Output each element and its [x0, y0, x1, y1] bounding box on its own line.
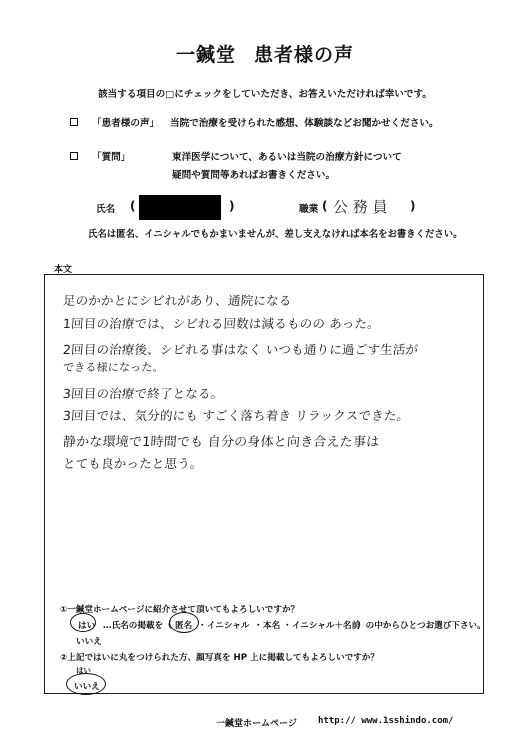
option-question-description-line2: 疑問や質問等あればお書きください。: [172, 167, 335, 181]
question1-option-initials[interactable]: イニシャル: [207, 619, 249, 631]
body-line: とても良かったと思う。: [62, 454, 203, 472]
question1-no[interactable]: いいえ: [76, 635, 102, 647]
checkbox-question[interactable]: [70, 152, 78, 160]
name-field-redacted[interactable]: [139, 195, 221, 220]
body-line: 2回目の治療後、シビれる事はなく いつも通りに過ごす生活が: [62, 340, 418, 358]
occupation-field-label: 職業: [299, 201, 318, 215]
instructions: 該当する項目の□にチェックをしていただき、お答えいただければ幸いです。: [0, 86, 530, 100]
clinic-name: 一鍼堂: [176, 44, 236, 66]
title-subject: 患者様の声: [254, 44, 354, 66]
question2-text: ②上記ではいに丸をつけられた方、顔写真を HP 上に掲載してもよろしいですか？: [60, 651, 379, 663]
option-question-label: 「質問」: [92, 149, 130, 163]
name-note: 氏名は匿名、イニシャルでもかまいませんが、差し支えなければ本名をお書きください。: [88, 226, 462, 240]
name-field-label: 氏名: [96, 201, 115, 215]
question1-name-display-prefix: …氏名の掲載を（: [103, 619, 172, 631]
option-patient-voice-label: 「患者様の声」: [92, 115, 159, 129]
option-question-description-line1: 東洋医学について、あるいは当院の治療方針について: [172, 149, 402, 163]
occupation-field-close-paren: ): [410, 199, 415, 213]
separator: ・: [198, 619, 207, 631]
name-field-open-paren: (: [130, 199, 135, 213]
checkbox-patient-voice[interactable]: [70, 118, 78, 126]
question1-name-display-suffix: ）の中からひとつお選び下さい。: [357, 619, 486, 631]
body-line: 1回目の治療では、シビれる回数は減るものの あった。: [62, 314, 380, 332]
occupation-field-open-paren: (: [322, 199, 327, 213]
option-patient-voice[interactable]: [70, 118, 78, 129]
footer-url[interactable]: http:// www.1sshindo.com/: [318, 716, 453, 726]
body-box[interactable]: [44, 274, 484, 694]
question1-option-real-name[interactable]: 本名: [263, 619, 280, 631]
body-line: 3回目の治療で終了となる。: [62, 384, 224, 402]
question1-option-initials-plus-name[interactable]: イニシャル＋名前: [292, 619, 360, 631]
selected-circle-mark: [66, 673, 106, 695]
body-line: 足のかかとにシビれがあり、通院になる: [62, 291, 292, 309]
body-line: できる様になった。: [62, 359, 164, 375]
option-patient-voice-description: 当院で治療を受けられた感想、体験談などお聞かせください。: [170, 115, 439, 129]
selected-circle-mark: [70, 613, 96, 632]
body-line: 静かな環境で1時間でも 自分の身体と向き合えた事は: [62, 431, 380, 450]
body-line: 3回目では、気分的にも すごく落ち着き リラックスできた。: [62, 406, 410, 424]
selected-circle-mark: [169, 612, 199, 633]
separator: ・: [254, 619, 263, 631]
footer-label: 一鍼堂ホームページ: [216, 716, 297, 729]
page-title: 一鍼堂患者様の声: [0, 40, 530, 67]
occupation-field-value[interactable]: 公 務 員: [333, 196, 388, 217]
separator: ・: [283, 619, 292, 631]
name-field-close-paren: ): [229, 199, 234, 213]
option-question[interactable]: [70, 152, 78, 163]
